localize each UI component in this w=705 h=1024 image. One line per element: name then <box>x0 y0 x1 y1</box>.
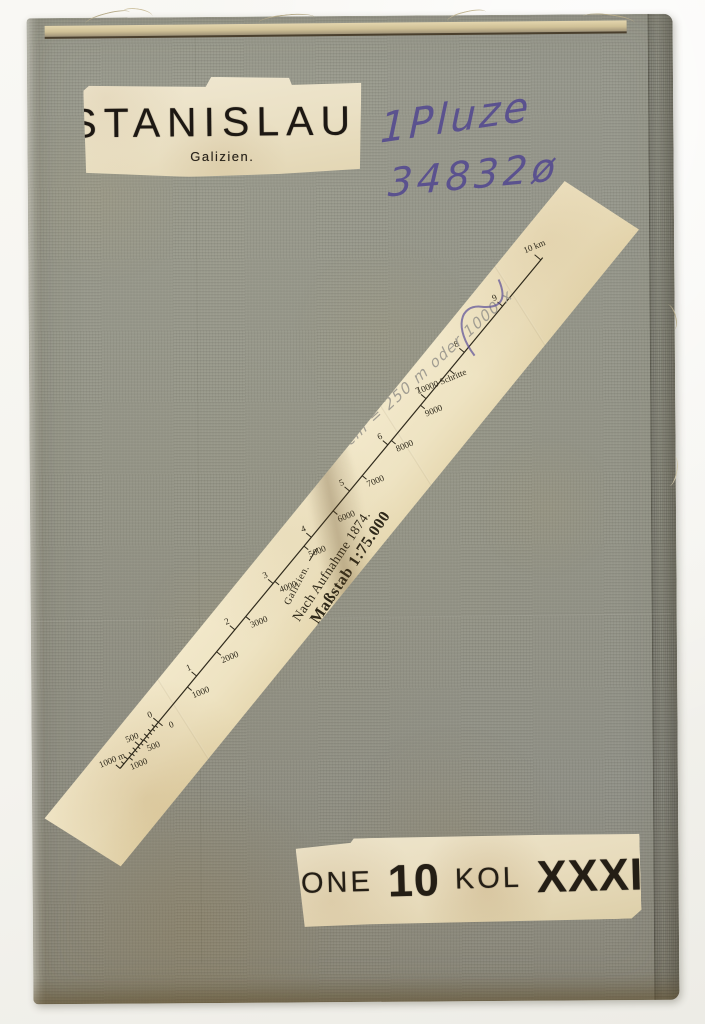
scale-tick <box>140 738 143 740</box>
scale-label: 7000 <box>365 473 386 489</box>
scale-label: 0 <box>146 709 154 720</box>
scale-label: 10 km <box>522 237 547 255</box>
scale-label: 9000 <box>423 402 444 418</box>
scale-label: 6 <box>376 431 384 442</box>
region-subtitle: Galizien. <box>190 148 254 163</box>
scale-label: 3 <box>261 569 269 580</box>
scale-tick <box>535 255 541 260</box>
scale-tick <box>153 718 158 722</box>
scale-tick <box>138 747 140 749</box>
scale-tick <box>133 748 136 750</box>
scale-tick <box>150 733 152 735</box>
loose-thread <box>122 6 153 21</box>
photo-background: STANISLAU. Galizien. 1Pluze 34832ø 12345… <box>0 0 705 1024</box>
scale-tick <box>147 736 149 738</box>
scale-tick <box>132 754 134 756</box>
scale-label: 3000 <box>249 613 270 629</box>
scale-strip: 123456789010 km5001000 m1000200030004000… <box>38 173 644 878</box>
scale-label: 8000 <box>394 437 415 453</box>
scale-tick <box>192 672 197 676</box>
frayed-top-edge <box>45 20 627 39</box>
zone-label: ZONE 10 KOL XXXI. <box>295 830 641 928</box>
scale-label: 2000 <box>219 649 240 665</box>
scale-tick <box>421 394 426 398</box>
kol-number: XXXI. <box>536 848 657 903</box>
scale-tick <box>383 441 388 445</box>
kol-word: KOL <box>454 861 522 896</box>
scale-tick <box>135 750 137 752</box>
handwritten-line-1: 1Pluze <box>379 82 532 153</box>
cloth-right-edge <box>648 14 680 1000</box>
scale-label: 500 <box>124 730 141 745</box>
worn-bottom-edge <box>33 974 679 1005</box>
scale-label: 1 <box>185 662 193 673</box>
scale-label: 2 <box>223 616 231 627</box>
scale-tick <box>129 757 132 760</box>
scale-tick <box>144 740 147 743</box>
scale-tick <box>144 734 147 736</box>
scale-label: 0 <box>167 719 175 730</box>
horizontal-crease <box>35 612 671 622</box>
scale-tick <box>129 752 132 754</box>
scale-tick <box>158 722 162 726</box>
scale-tick <box>230 626 235 630</box>
worn-left-edge <box>27 18 46 1004</box>
scale-tick <box>153 729 155 731</box>
zone-word: ZONE <box>280 865 373 901</box>
scale-label: 500 <box>145 739 162 754</box>
title-label: STANISLAU. Galizien. <box>83 77 361 177</box>
scale-tick <box>148 729 151 731</box>
scale-label: 1000 <box>128 756 149 772</box>
scale-tick <box>135 742 139 746</box>
scale-tick <box>141 743 143 745</box>
scale-tick <box>268 579 273 583</box>
scale-tick <box>152 725 155 727</box>
map-cover-board: STANISLAU. Galizien. 1Pluze 34832ø 12345… <box>27 14 680 1004</box>
zone-number: 10 <box>387 854 440 907</box>
map-title: STANISLAU. <box>69 97 376 147</box>
scale-label: 1000 <box>190 684 211 700</box>
scale-tick <box>121 762 124 764</box>
scale-tick <box>116 765 120 769</box>
handwritten-line-2: 34832ø <box>387 145 560 207</box>
scale-tick <box>155 726 157 728</box>
